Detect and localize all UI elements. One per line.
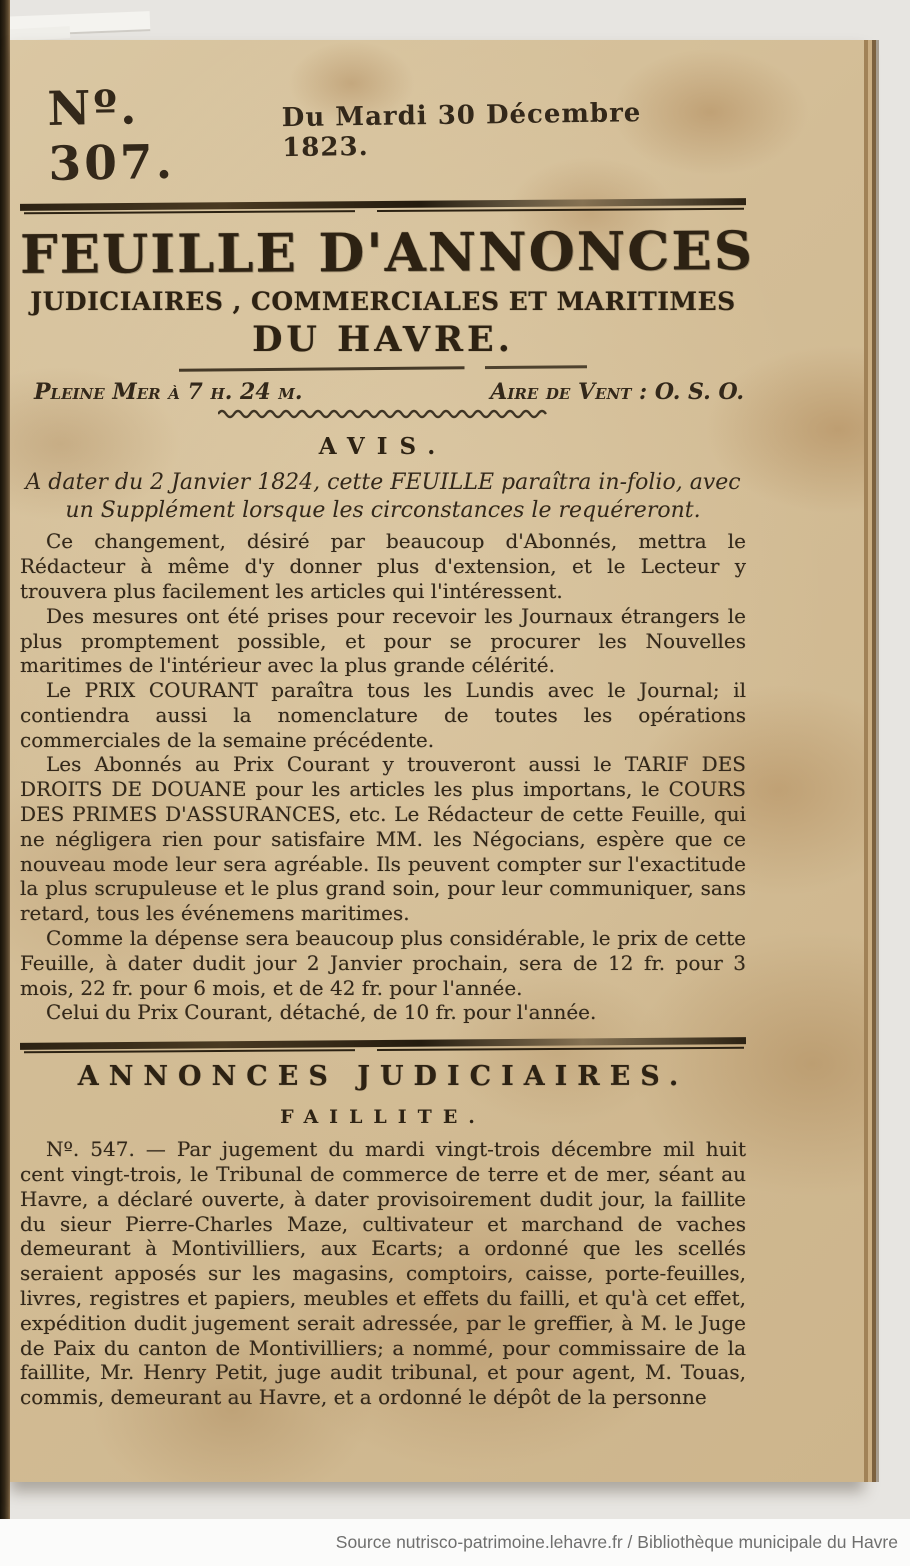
avis-heading: AVIS. xyxy=(20,433,746,460)
avis-paragraph: Le PRIX COURANT paraîtra tous les Lundis… xyxy=(20,678,746,752)
double-rule xyxy=(20,1039,746,1053)
avis-paragraph: Comme la dépense sera beaucoup plus cons… xyxy=(20,926,746,1000)
source-credit-text: Source nutrisco-patrimoine.lehavre.fr / … xyxy=(336,1532,898,1553)
avis-paragraph: Ce changement, désiré par beaucoup d'Abo… xyxy=(20,529,746,603)
issue-number: Nº. 307. xyxy=(47,78,283,192)
faillite-heading: FAILLITE. xyxy=(20,1106,746,1128)
newspaper-page: Nº. 307. Du Mardi 30 Décembre 1823. FEUI… xyxy=(10,40,864,1482)
page-content: Nº. 307. Du Mardi 30 Décembre 1823. FEUI… xyxy=(10,40,864,1410)
wind-info: Aire de Vent : O. S. O. xyxy=(490,379,744,405)
tide-info: Pleine Mer à 7 h. 24 m. xyxy=(34,379,303,405)
double-rule xyxy=(20,200,746,214)
avis-paragraph: Celui du Prix Courant, détaché, de 10 fr… xyxy=(20,1000,746,1025)
tide-wind-row: Pleine Mer à 7 h. 24 m. Aire de Vent : O… xyxy=(20,379,746,405)
article-text: Nº. 547. — Par jugement du mardi vingt-t… xyxy=(20,1137,746,1410)
date-line: Du Mardi 30 Décembre 1823. xyxy=(281,97,736,163)
wavy-rule xyxy=(20,407,746,421)
masthead-subtitle: JUDICIAIRES , COMMERCIALES ET MARITIMES xyxy=(20,287,746,316)
avis-body: Ce changement, désiré par beaucoup d'Abo… xyxy=(20,529,746,1025)
masthead-place: DU HAVRE. xyxy=(20,319,746,360)
faillite-article: Nº. 547. — Par jugement du mardi vingt-t… xyxy=(20,1137,746,1410)
masthead-top-row: Nº. 307. Du Mardi 30 Décembre 1823. xyxy=(20,80,746,190)
avis-intro: A dater du 2 Janvier 1824, cette FEUILLE… xyxy=(22,469,744,525)
annonces-heading: ANNONCES JUDICIAIRES. xyxy=(20,1061,746,1092)
source-credit-bar: Source nutrisco-patrimoine.lehavre.fr / … xyxy=(0,1519,910,1566)
book-binding-edge xyxy=(0,0,10,1520)
masthead-rule xyxy=(179,365,587,372)
masthead-title: FEUILLE D'ANNONCES xyxy=(20,220,746,286)
avis-paragraph: Les Abonnés au Prix Courant y trouveront… xyxy=(20,752,746,926)
avis-paragraph: Des mesures ont été prises pour recevoir… xyxy=(20,604,746,678)
scan-stage: Nº. 307. Du Mardi 30 Décembre 1823. FEUI… xyxy=(0,0,910,1566)
